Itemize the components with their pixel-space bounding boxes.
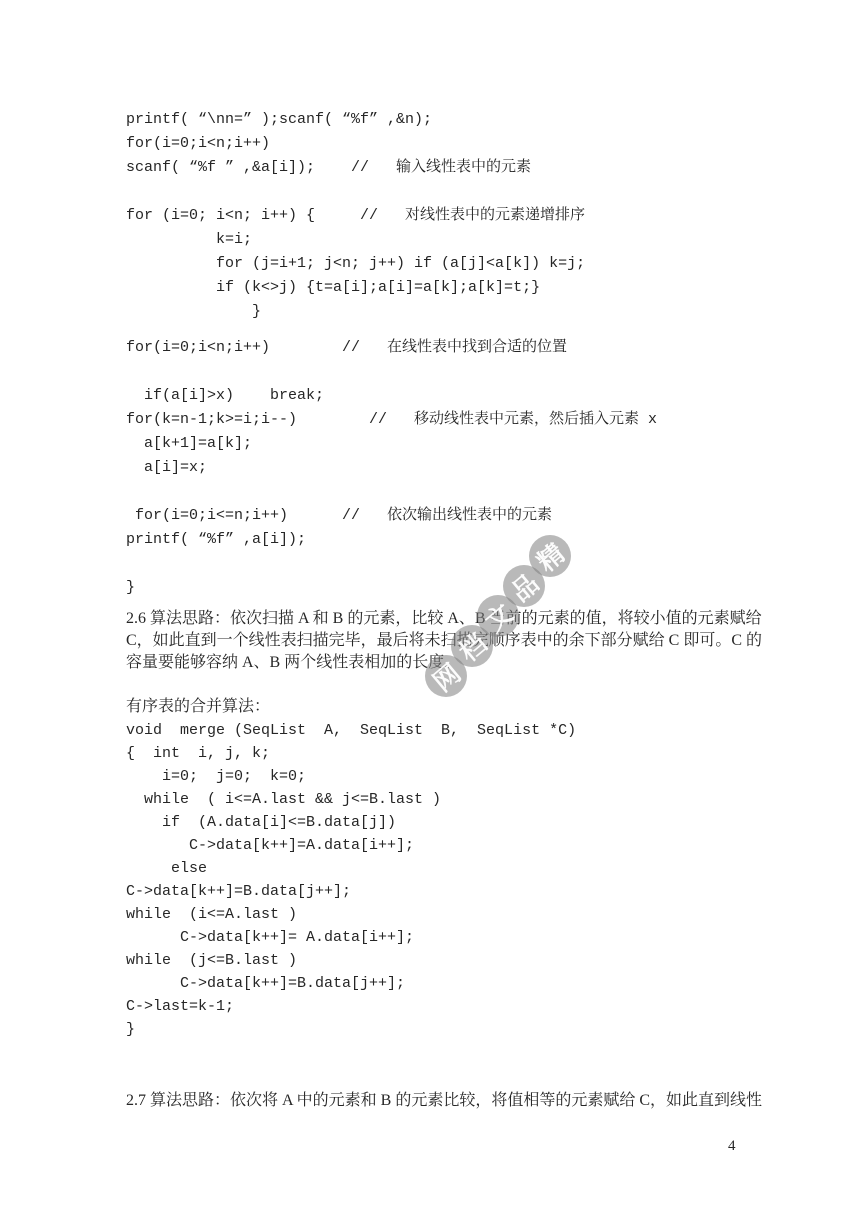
code-line: for(i=0;i<=n;i++) // 依次输出线性表中的元素: [126, 504, 657, 528]
document-page: printf( “\nn=” );scanf( “%f” ,&n);for(i=…: [0, 0, 868, 1228]
code-line: scanf( “%f ” ,&a[i]); // 输入线性表中的元素: [126, 156, 585, 180]
code-line: [126, 180, 585, 204]
code-line: [126, 360, 657, 384]
code-line: printf( “%f” ,a[i]);: [126, 528, 657, 552]
code-line: a[i]=x;: [126, 456, 657, 480]
code-block-merge-function: void merge (SeqList A, SeqList B, SeqLis…: [126, 719, 576, 1041]
code-line: }: [126, 1018, 576, 1041]
code-block-find-insert-output: for(i=0;i<n;i++) // 在线性表中找到合适的位置 if(a[i]…: [126, 336, 657, 600]
code-line: if (k<>j) {t=a[i];a[i]=a[k];a[k]=t;}: [126, 276, 585, 300]
code-line: k=i;: [126, 228, 585, 252]
answer-2-7-paragraph: 2.7 算法思路：依次将 A 中的元素和 B 的元素比较，将值相等的元素赋给 C…: [126, 1090, 762, 1112]
code-line: a[k+1]=a[k];: [126, 432, 657, 456]
page-number: 4: [728, 1138, 736, 1155]
code-line: for (j=i+1; j<n; j++) if (a[j]<a[k]) k=j…: [126, 252, 585, 276]
answer-2-6-paragraph: 2.6 算法思路：依次扫描 A 和 B 的元素，比较 A、B 当前的元素的值，将…: [126, 608, 762, 674]
paragraph-line: C，如此直到一个线性表扫描完毕，最后将未扫描完顺序表中的余下部分赋给 C 即可。…: [126, 630, 762, 652]
paragraph-line: 2.7 算法思路：依次将 A 中的元素和 B 的元素比较，将值相等的元素赋给 C…: [126, 1090, 762, 1112]
merge-algorithm-heading: 有序表的合并算法：: [126, 696, 270, 718]
code-line: void merge (SeqList A, SeqList B, SeqLis…: [126, 719, 576, 742]
code-line: for(k=n-1;k>=i;i--) // 移动线性表中元素，然后插入元素 x: [126, 408, 657, 432]
code-line: for(i=0;i<n;i++) // 在线性表中找到合适的位置: [126, 336, 657, 360]
code-line: C->data[k++]=B.data[j++];: [126, 880, 576, 903]
code-line: }: [126, 300, 585, 324]
paragraph-line: 容量要能够容纳 A、B 两个线性表相加的长度。: [126, 652, 762, 674]
code-line: [126, 480, 657, 504]
code-line: else: [126, 857, 576, 880]
code-block-input-and-sort: printf( “\nn=” );scanf( “%f” ,&n);for(i=…: [126, 108, 585, 324]
code-line: if(a[i]>x) break;: [126, 384, 657, 408]
code-line: C->data[k++]=A.data[i++];: [126, 834, 576, 857]
code-line: for(i=0;i<n;i++): [126, 132, 585, 156]
code-line: if (A.data[i]<=B.data[j]): [126, 811, 576, 834]
code-line: { int i, j, k;: [126, 742, 576, 765]
code-line: }: [126, 576, 657, 600]
code-line: while (j<=B.last ): [126, 949, 576, 972]
code-line: for (i=0; i<n; i++) { // 对线性表中的元素递增排序: [126, 204, 585, 228]
code-line: i=0; j=0; k=0;: [126, 765, 576, 788]
code-line: while (i<=A.last ): [126, 903, 576, 926]
code-line: C->data[k++]=B.data[j++];: [126, 972, 576, 995]
paragraph-line: 2.6 算法思路：依次扫描 A 和 B 的元素，比较 A、B 当前的元素的值，将…: [126, 608, 762, 630]
code-line: while ( i<=A.last && j<=B.last ): [126, 788, 576, 811]
code-line: C->last=k-1;: [126, 995, 576, 1018]
code-line: [126, 552, 657, 576]
code-line: C->data[k++]= A.data[i++];: [126, 926, 576, 949]
code-line: printf( “\nn=” );scanf( “%f” ,&n);: [126, 108, 585, 132]
